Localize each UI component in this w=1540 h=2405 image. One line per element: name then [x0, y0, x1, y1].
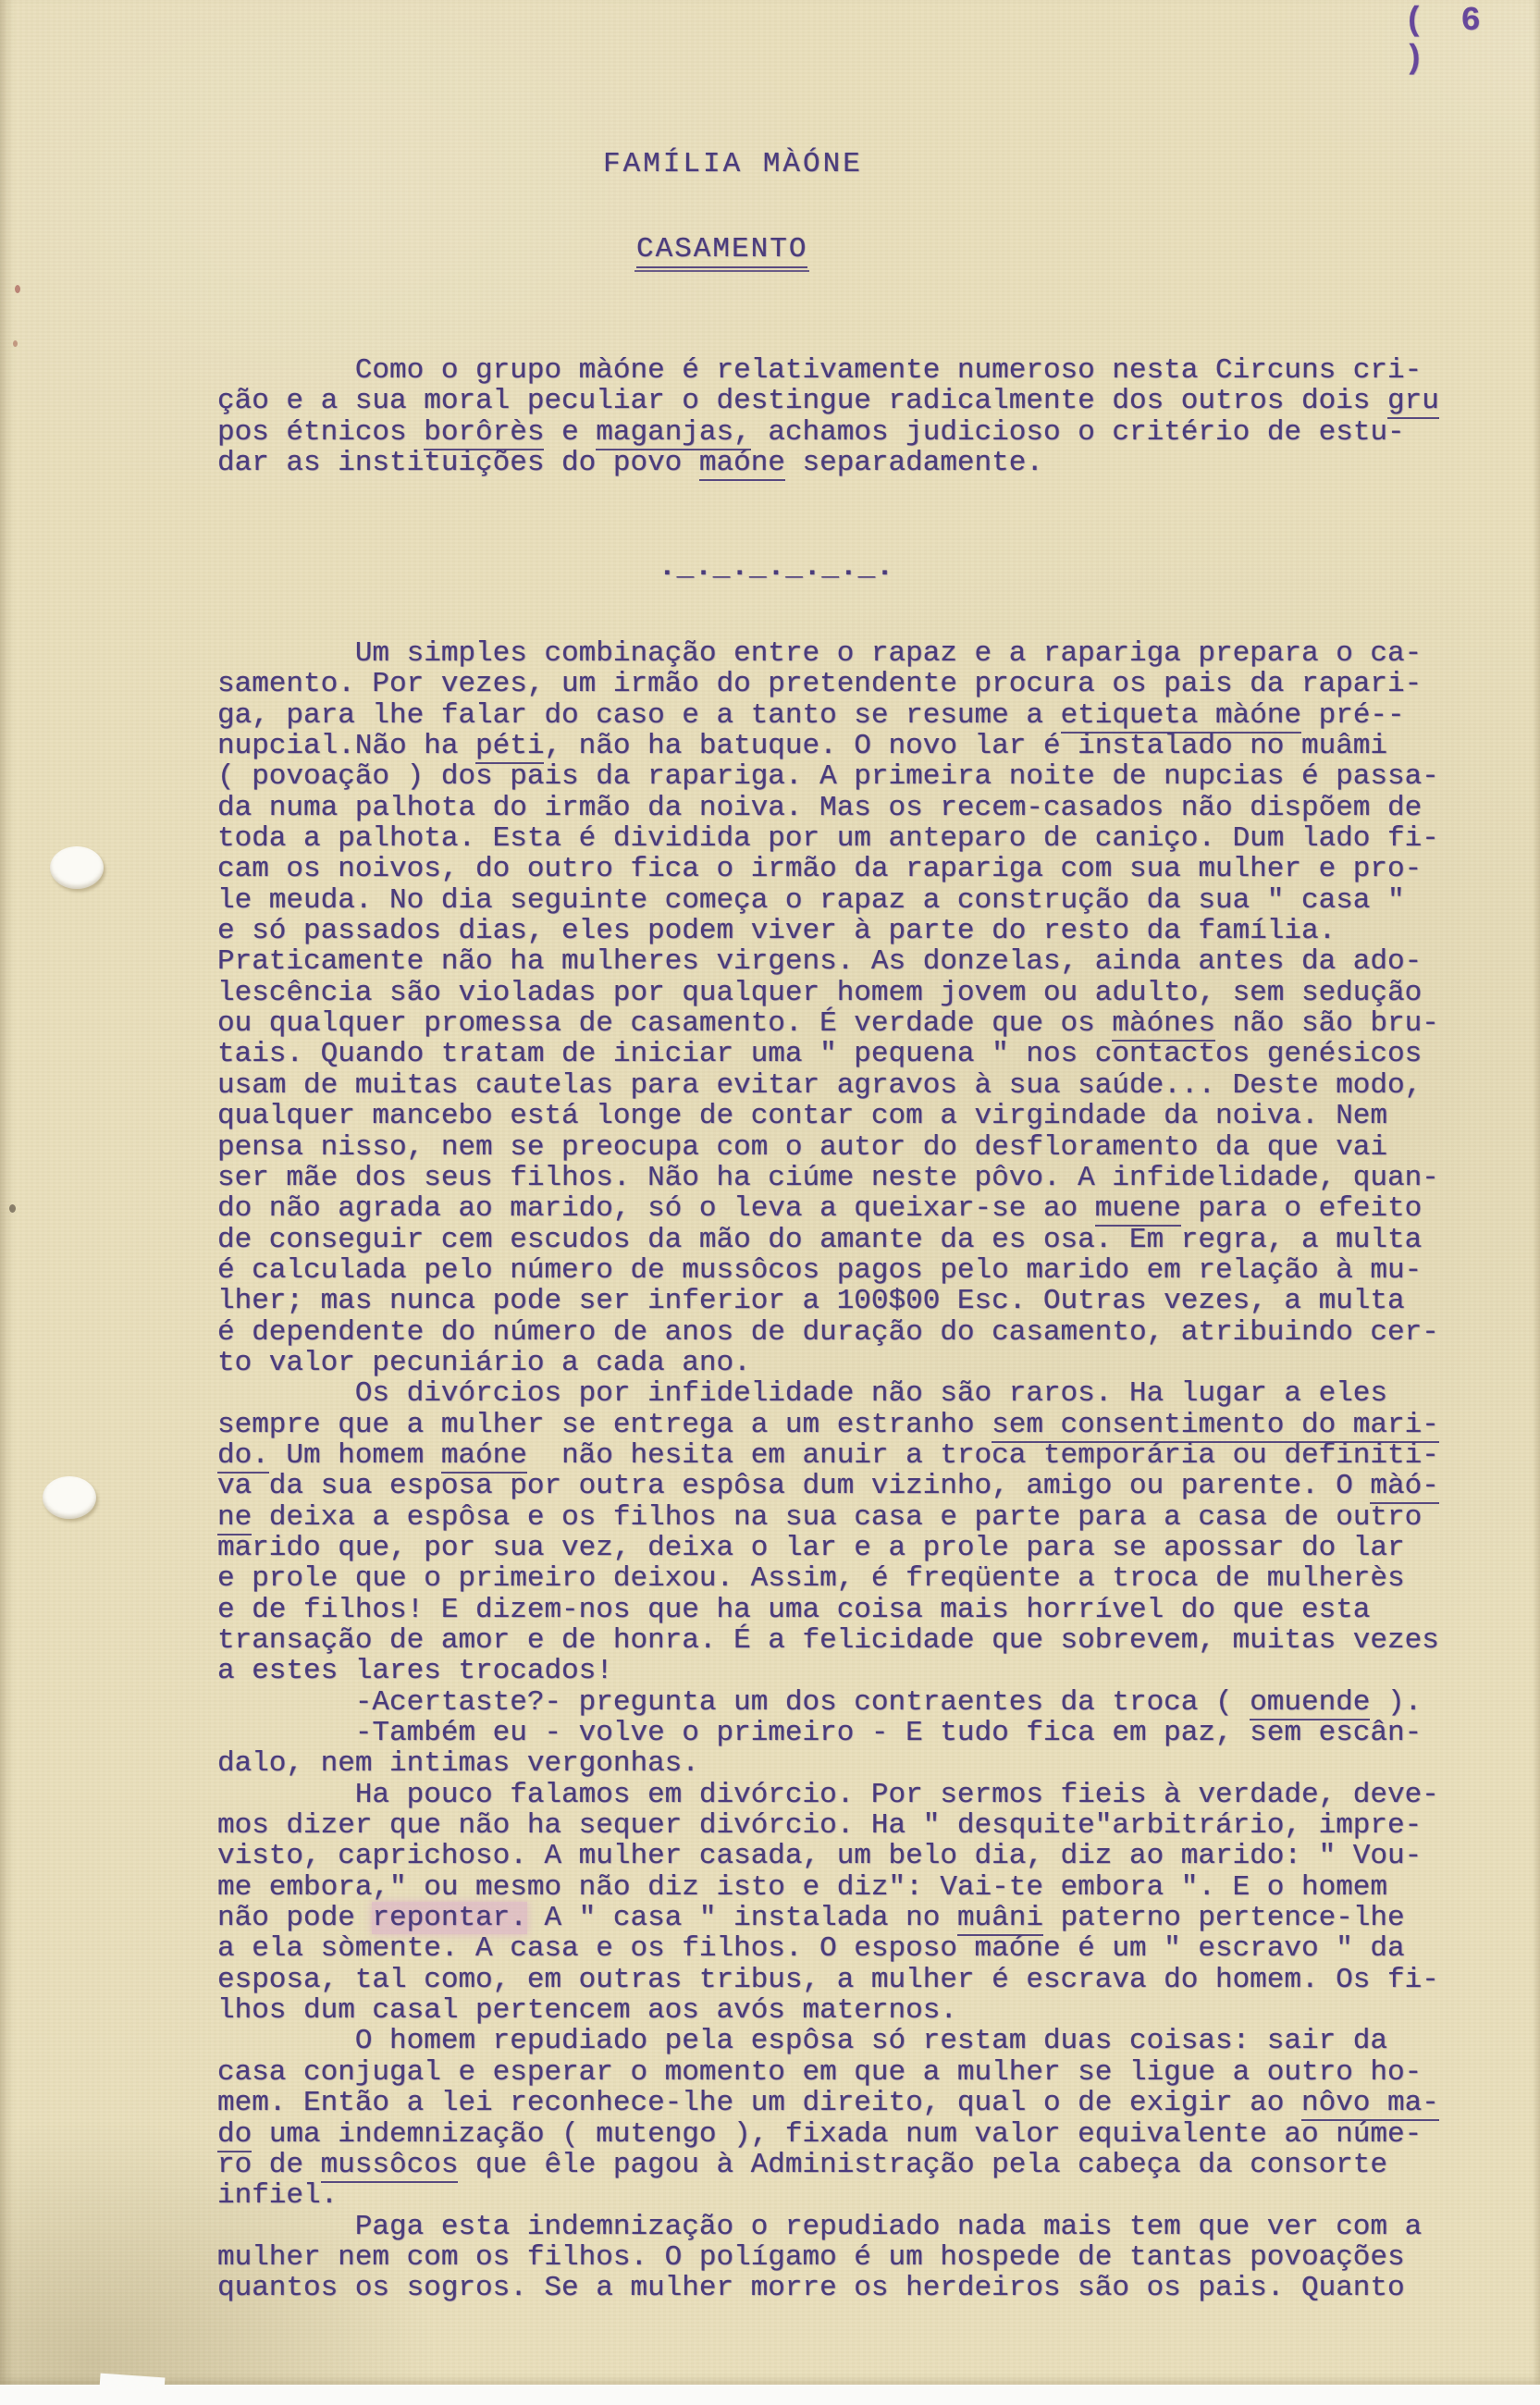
text-segment: Um homem [269, 1439, 441, 1472]
text-segment: pos étnicos [217, 416, 424, 449]
text-segment: a ela sòmente. A casa e os filhos. O esp… [217, 1932, 1405, 1965]
text-line: va da sua esposa por outra espôsa dum vi… [217, 1471, 1439, 1501]
underlined-term: maganjas, [596, 416, 750, 450]
text-segment: a estes lares trocados! [217, 1655, 613, 1687]
text-segment: transação de amor e de honra. É a felici… [217, 1624, 1439, 1657]
underlined-term: nôvo ma- [1301, 2087, 1439, 2121]
text-line: O homem repudiado pela espôsa só restam … [217, 2026, 1439, 2056]
text-segment: ro de [217, 2149, 321, 2181]
body-text: Um simples combinação entre o rapaz e a … [217, 638, 1439, 2304]
text-segment: infiel. [217, 2179, 338, 2212]
text-segment: marido que, por sua vez, deixa o lar e a… [217, 1532, 1405, 1564]
text-line: samento. Por vezes, um irmão do pretende… [217, 669, 1439, 699]
text-line: me embora," ou mesmo não diz isto e diz"… [217, 1872, 1439, 1903]
text-line: Praticamente não ha mulheres virgens. As… [217, 946, 1439, 977]
text-line: ne deixa a espôsa e os filhos na sua cas… [217, 1502, 1439, 1533]
text-line: do uma indemnização ( mutengo ), fixada … [217, 2119, 1439, 2150]
text-line: nupcial.Não ha péti, não ha batuque. O n… [217, 731, 1439, 761]
text-line: toda a palhota. Esta é dividida por um a… [217, 823, 1439, 854]
text-segment: to valor pecuniário a cada ano. [217, 1347, 751, 1379]
text-segment: Ha pouco falamos em divórcio. Por sermos… [217, 1779, 1439, 1811]
text-segment: é dependente do número de anos de duraçã… [217, 1316, 1439, 1349]
text-segment: pré-- [1301, 699, 1405, 732]
document-title: FAMÍLIA MÀÓNE [603, 148, 863, 180]
text-segment: -Acertaste?- pregunta um dos contraentes… [217, 1686, 1250, 1719]
underlined-term: ne [217, 1501, 252, 1535]
text-segment: qualquer mancebo está longe de contar co… [217, 1100, 1387, 1132]
text-line: qualquer mancebo está longe de contar co… [217, 1101, 1439, 1131]
text-line: e só passados dias, eles podem viver à p… [217, 916, 1439, 946]
text-segment: lescência são violadas por qualquer home… [217, 977, 1422, 1009]
text-segment: samento. Por vezes, um irmão do pretende… [217, 668, 1422, 700]
text-line: transação de amor e de honra. É a felici… [217, 1625, 1439, 1656]
text-line: tais. Quando tratam de iniciar uma " peq… [217, 1039, 1439, 1069]
text-segment: deixa a espôsa e os filhos na sua casa e… [252, 1501, 1422, 1534]
punch-hole-top [50, 846, 104, 889]
underlined-term: maóne [699, 447, 785, 481]
text-segment: é calculada pelo número de mussôcos pago… [217, 1254, 1422, 1287]
text-line: ou qualquer promessa de casamento. É ver… [217, 1008, 1439, 1039]
text-segment: ser mãe dos seus filhos. Não ha ciúme ne… [217, 1162, 1439, 1194]
underlined-term: do. [217, 1439, 269, 1474]
underlined-term: màó- [1370, 1470, 1438, 1504]
underlined-term: mussôcos [321, 2149, 459, 2183]
text-segment: uma indemnização ( mutengo ), fixada num… [252, 2118, 1422, 2151]
text-segment: mem. Então a lei reconhece-lhe um direit… [217, 2087, 1301, 2119]
text-line: ga, para lhe falar do caso e a tanto se … [217, 700, 1439, 731]
punch-hole-bottom [43, 1476, 96, 1519]
text-line: ção e a sua moral peculiar o destingue r… [217, 386, 1439, 416]
text-line: -Acertaste?- pregunta um dos contraentes… [217, 1687, 1439, 1718]
text-line: cam os noivos, do outro fica o irmão da … [217, 854, 1439, 884]
text-line: usam de muitas cautelas para evitar agra… [217, 1070, 1439, 1101]
text-segment: ou qualquer promessa de casamento. É ver… [217, 1007, 1112, 1040]
text-segment: , não ha batuque. O novo lar é instalado… [544, 730, 1387, 762]
text-line: sempre que a mulher se entrega a um estr… [217, 1410, 1439, 1440]
text-line: mos dizer que não ha sequer divórcio. Ha… [217, 1810, 1439, 1841]
text-segment: mos dizer que não ha sequer divórcio. Ha… [217, 1809, 1422, 1842]
text-segment: que êle pagou à Administração pela cabeç… [458, 2149, 1387, 2181]
paper-speck [15, 285, 20, 293]
text-line: Um simples combinação entre o rapaz e a … [217, 638, 1439, 669]
text-segment: ção e a sua moral peculiar o destingue r… [217, 385, 1387, 417]
text-line: do não agrada ao marido, só o leva a que… [217, 1193, 1439, 1224]
text-line: não pode repontar. A " casa " instalada … [217, 1903, 1439, 1933]
text-segment: para o efeito [1181, 1192, 1422, 1225]
text-segment: ga, para lhe falar do caso e a tanto se … [217, 699, 1061, 732]
text-segment: quantos os sogros. Se a mulher morre os … [217, 2272, 1405, 2304]
text-segment: e de filhos! E dizem-nos que ha uma cois… [217, 1594, 1370, 1626]
text-line: pos étnicos borôrès e maganjas, achamos … [217, 417, 1439, 448]
text-segment: cam os noivos, do outro fica o irmão da … [217, 853, 1422, 885]
text-segment: toda a palhota. Esta é dividida por um a… [217, 822, 1439, 855]
section-heading: CASAMENTO [636, 233, 807, 268]
text-line: do. Um homem maóne não hesita em anuir a… [217, 1440, 1439, 1471]
text-line: visto, caprichoso. A mulher casada, um b… [217, 1841, 1439, 1871]
text-line: ser mãe dos seus filhos. Não ha ciúme ne… [217, 1163, 1439, 1193]
text-segment: do não agrada ao marido, só o leva a que… [217, 1192, 1095, 1225]
text-line: da numa palhota do irmão da noiva. Mas o… [217, 793, 1439, 823]
text-line: de conseguir cem escudos da mão do amant… [217, 1225, 1439, 1255]
section-divider: ._._._._._._. [659, 551, 894, 584]
text-segment: achamos judicioso o critério de estu- [751, 416, 1405, 449]
text-line: Paga esta indemnização o repudiado nada … [217, 2212, 1439, 2242]
page-number: ( 6 ) [1404, 2, 1540, 78]
text-line: é calculada pelo número de mussôcos pago… [217, 1255, 1439, 1286]
text-segment: pensa nisso, nem se preocupa com o autor… [217, 1131, 1387, 1164]
text-line: pensa nisso, nem se preocupa com o autor… [217, 1132, 1439, 1163]
text-line: casa conjugal e esperar o momento em que… [217, 2057, 1439, 2088]
text-line: mem. Então a lei reconhece-lhe um direit… [217, 2088, 1439, 2118]
text-segment: não pode [217, 1902, 372, 1934]
text-line: lher; mas nunca pode ser inferior a 100$… [217, 1286, 1439, 1316]
text-segment: paterno pertence-lhe [1043, 1902, 1405, 1934]
text-line: ( povoação ) dos pais da rapariga. A pri… [217, 761, 1439, 792]
text-line: lhos dum casal pertencem aos avós matern… [217, 1995, 1439, 2026]
text-line: ro de mussôcos que êle pagou à Administr… [217, 2150, 1439, 2180]
text-line: esposa, tal como, em outras tribus, a mu… [217, 1965, 1439, 1995]
text-line: Como o grupo màóne é relativamente numer… [217, 355, 1439, 386]
text-line: mulher nem com os filhos. O polígamo é u… [217, 2242, 1439, 2273]
paper-speck [13, 340, 18, 347]
text-segment: dalo, nem intimas vergonhas. [217, 1747, 699, 1780]
text-segment: e [544, 416, 596, 449]
text-line: Os divórcios por infidelidade não são ra… [217, 1378, 1439, 1409]
underlined-term: etiqueta màóne [1061, 699, 1301, 734]
text-line: é dependente do número de anos de duraçã… [217, 1317, 1439, 1348]
text-segment: visto, caprichoso. A mulher casada, um b… [217, 1840, 1422, 1872]
intro-paragraph: Como o grupo màóne é relativamente numer… [217, 355, 1439, 478]
text-line: le meuda. No dia seguinte começa o rapaz… [217, 885, 1439, 916]
text-line: -Também eu - volve o primeiro - E tudo f… [217, 1718, 1439, 1748]
text-segment: le meuda. No dia seguinte começa o rapaz… [217, 884, 1405, 917]
text-segment: mulher nem com os filhos. O polígamo é u… [217, 2241, 1405, 2274]
text-line: infiel. [217, 2180, 1439, 2211]
text-line: e prole que o primeiro deixou. Assim, é … [217, 1563, 1439, 1594]
text-segment: não hesita em anuir a troca temporária o… [527, 1439, 1439, 1472]
underlined-term: màónes [1112, 1007, 1215, 1042]
text-segment: O homem repudiado pela espôsa só restam … [217, 2025, 1387, 2057]
text-segment: ( povoação ) dos pais da rapariga. A pri… [217, 760, 1439, 793]
text-segment: tais. Quando tratam de iniciar uma " peq… [217, 1038, 1422, 1070]
text-segment: lher; mas nunca pode ser inferior a 100$… [217, 1285, 1405, 1317]
smudged-word: repontar. [372, 1902, 526, 1934]
scanned-typescript-page: { "page": { "number": "( 6 )" }, "header… [0, 0, 1540, 2405]
text-line: marido que, por sua vez, deixa o lar e a… [217, 1533, 1439, 1563]
text-segment: e só passados dias, eles podem viver à p… [217, 915, 1336, 947]
text-segment: não são bru- [1215, 1007, 1439, 1040]
underlined-term: gru [1387, 385, 1439, 419]
underlined-term: omuende [1250, 1686, 1370, 1720]
text-segment: separadamente. [785, 447, 1043, 479]
text-segment: -Também eu - volve o primeiro - E tudo f… [217, 1717, 1422, 1749]
text-segment: nupcial.Não ha [217, 730, 475, 762]
text-segment: dar as instituições do povo [217, 447, 699, 479]
text-line: e de filhos! E dizem-nos que ha uma cois… [217, 1595, 1439, 1625]
text-segment: A " casa " instalada no [527, 1902, 957, 1934]
underlined-term: borôrès [424, 416, 544, 450]
underlined-term: do [217, 2118, 252, 2152]
text-segment: e prole que o primeiro deixou. Assim, é … [217, 1562, 1405, 1595]
text-line: dar as instituições do povo maóne separa… [217, 448, 1439, 478]
scanner-background-strip [0, 2385, 1540, 2405]
text-segment: usam de muitas cautelas para evitar agra… [217, 1069, 1422, 1102]
underlined-term: maóne [441, 1439, 527, 1474]
text-segment: Como o grupo màóne é relativamente numer… [217, 354, 1422, 387]
underlined-term: péti [475, 730, 544, 764]
text-segment: Paga esta indemnização o repudiado nada … [217, 2211, 1422, 2243]
text-segment: Um simples combinação entre o rapaz e a … [217, 637, 1422, 670]
underlined-term: muâni [957, 1902, 1043, 1936]
text-segment: casa conjugal e esperar o momento em que… [217, 2056, 1422, 2089]
text-line: dalo, nem intimas vergonhas. [217, 1748, 1439, 1779]
text-segment: de conseguir cem escudos da mão do amant… [217, 1224, 1422, 1256]
text-segment: esposa, tal como, em outras tribus, a mu… [217, 1964, 1439, 1996]
underlined-term: sem consentimento do mari- [992, 1409, 1439, 1443]
text-line: quantos os sogros. Se a mulher morre os … [217, 2273, 1439, 2303]
text-line: a estes lares trocados! [217, 1656, 1439, 1686]
text-segment: Praticamente não ha mulheres virgens. As… [217, 945, 1422, 978]
section-heading-text: CASAMENTO [636, 233, 807, 268]
text-segment: lhos dum casal pertencem aos avós matern… [217, 1994, 957, 2027]
text-line: to valor pecuniário a cada ano. [217, 1348, 1439, 1378]
text-segment: da numa palhota do irmão da noiva. Mas o… [217, 792, 1422, 824]
text-segment: va da sua esposa por outra espôsa dum vi… [217, 1470, 1370, 1502]
text-segment: Os divórcios por infidelidade não são ra… [217, 1377, 1387, 1410]
paper-speck [9, 1204, 16, 1213]
underlined-term: muene [1095, 1192, 1181, 1227]
text-line: a ela sòmente. A casa e os filhos. O esp… [217, 1933, 1439, 1964]
text-line: lescência são violadas por qualquer home… [217, 978, 1439, 1008]
text-segment: sempre que a mulher se entrega a um estr… [217, 1409, 992, 1441]
text-segment: me embora," ou mesmo não diz isto e diz"… [217, 1871, 1387, 1904]
text-line: Ha pouco falamos em divórcio. Por sermos… [217, 1780, 1439, 1810]
text-segment: ). [1370, 1686, 1422, 1719]
